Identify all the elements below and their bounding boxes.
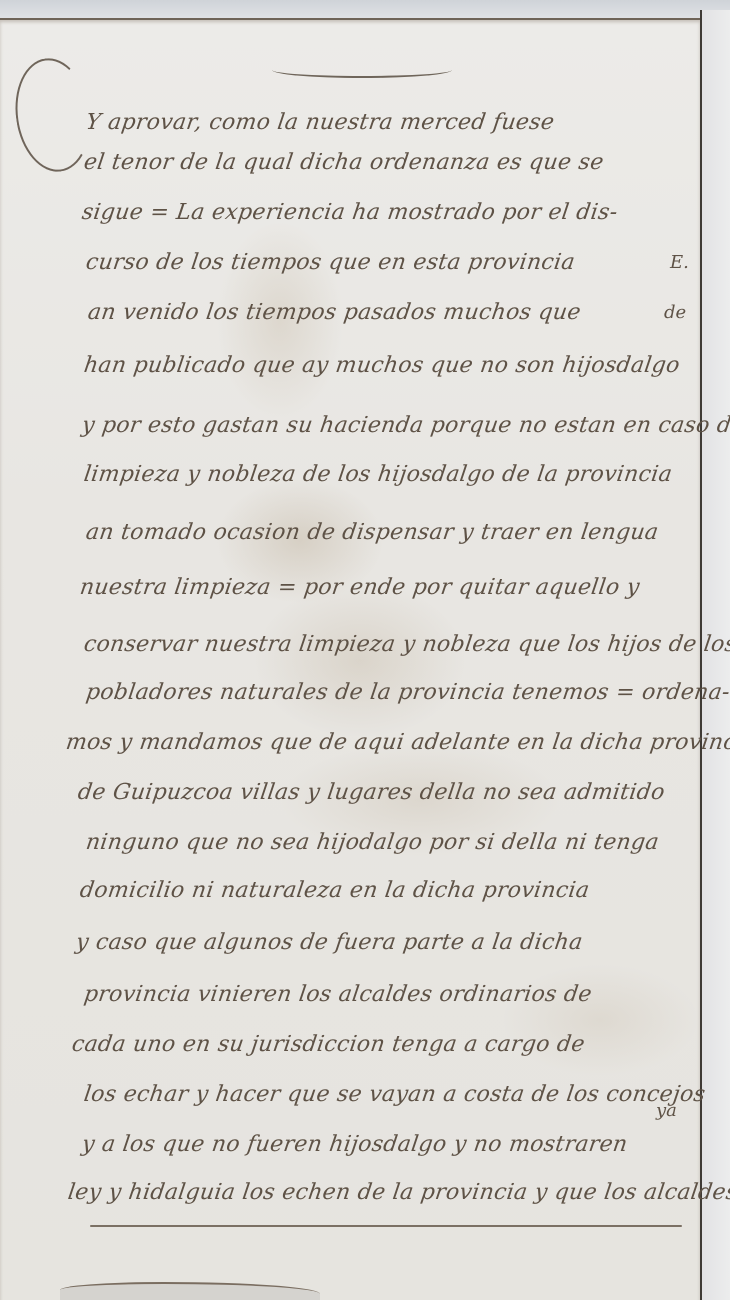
manuscript-line: ley y hidalguia los echen de la provinci… — [66, 1180, 730, 1205]
manuscript-line: de Guipuzcoa villas y lugares della no s… — [76, 780, 666, 805]
manuscript-line: y por esto gastan su hacienda porque no … — [80, 413, 730, 438]
manuscript-line: y a los que no fueren hijosdalgo y no mo… — [80, 1132, 629, 1157]
manuscript-line: ninguno que no sea hijodalgo por si dell… — [84, 830, 660, 855]
manuscript-line: pobladores naturales de la provincia ten… — [84, 680, 730, 705]
manuscript-line: Y aprovar, como la nuestra merced fuese — [84, 110, 556, 135]
margin-note: ya — [656, 1100, 677, 1121]
manuscript-line: el tenor de la qual dicha ordenanza es q… — [82, 150, 605, 175]
manuscript-line: an tomado ocasion de dispensar y traer e… — [84, 520, 660, 545]
manuscript-line: han publicado que ay muchos que no son h… — [82, 353, 681, 378]
manuscript-line: nuestra limpieza = por ende por quitar a… — [78, 575, 641, 600]
closing-rule-line — [90, 1225, 682, 1227]
manuscript-line: domicilio ni naturaleza en la dicha prov… — [78, 878, 591, 903]
manuscript-line: limpieza y nobleza de los hijosdalgo de … — [82, 462, 674, 487]
manuscript-line: sigue = La experiencia ha mostrado por e… — [80, 200, 619, 225]
margin-note: de — [664, 302, 686, 323]
manuscript-line: conservar nuestra limpieza y nobleza que… — [82, 632, 730, 657]
margin-note: E. — [670, 252, 689, 273]
manuscript-line: provincia vinieren los alcaldes ordinari… — [82, 982, 593, 1007]
manuscript-line: los echar y hacer que se vayan a costa d… — [82, 1082, 707, 1107]
manuscript-line: y caso que algunos de fuera parte a la d… — [74, 930, 584, 955]
manuscript-line: an venido los tiempos pasados muchos que — [86, 300, 582, 325]
manuscript-text-block: Y aprovar, como la nuestra merced fuese … — [0, 0, 700, 1300]
manuscript-line: mos y mandamos que de aqui adelante en l… — [64, 730, 730, 755]
manuscript-line: cada uno en su jurisdiccion tenga a carg… — [70, 1032, 586, 1057]
manuscript-line: curso de los tiempos que en esta provinc… — [84, 250, 576, 275]
